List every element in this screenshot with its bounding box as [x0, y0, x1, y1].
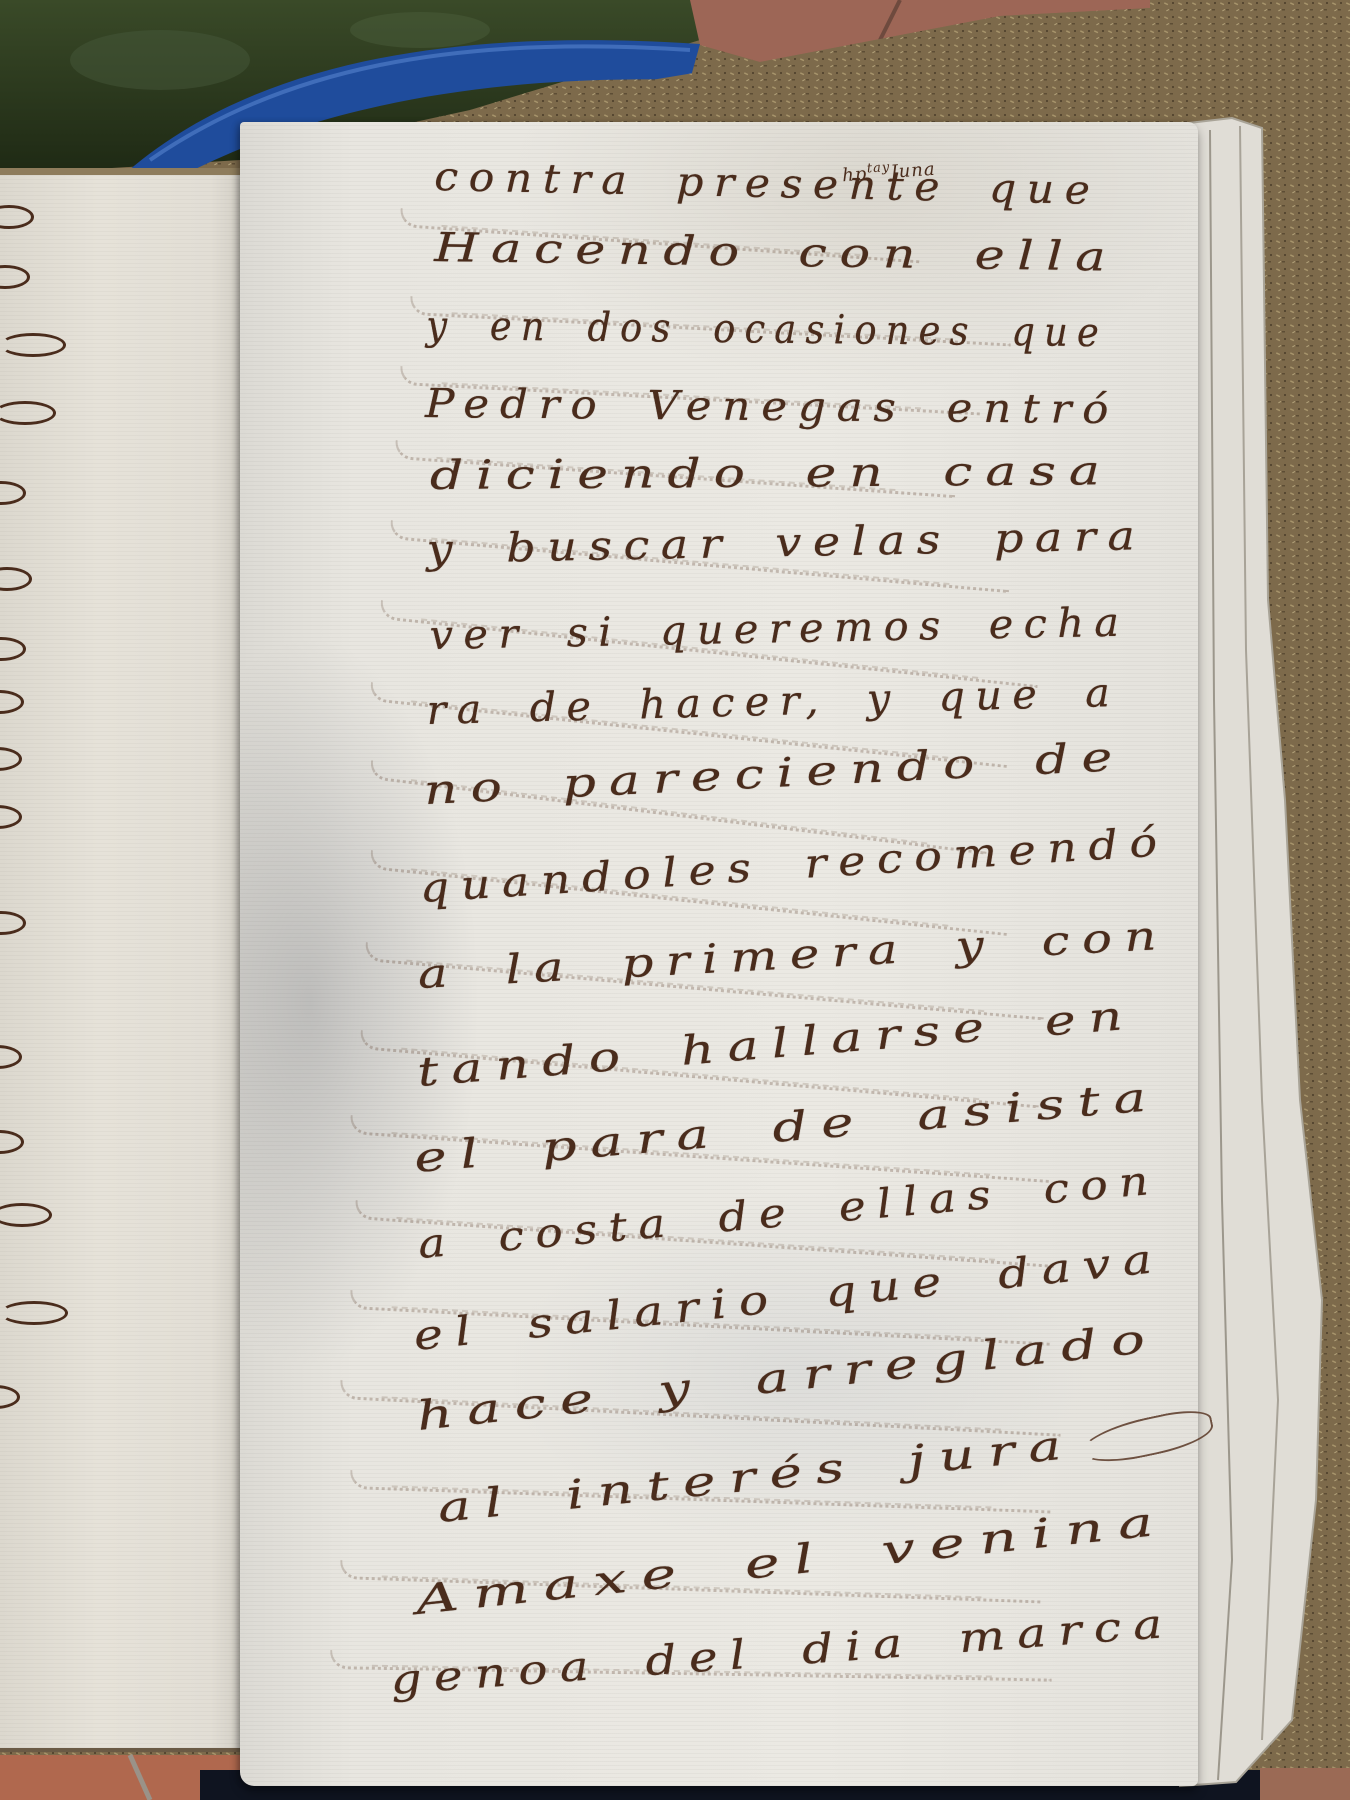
ink-fragment — [0, 205, 34, 229]
ink-fragment — [0, 637, 26, 661]
ink-fragment — [0, 805, 22, 829]
handwritten-line: y en dos ocasiones que — [426, 306, 1108, 353]
ink-fragment — [0, 333, 66, 357]
ink-fragment — [0, 1301, 68, 1325]
ink-fragment — [0, 401, 56, 425]
left-page — [0, 168, 248, 1752]
ink-fragment — [0, 265, 30, 289]
ink-fragment — [0, 1385, 20, 1409]
handwritten-line: Hacendo con ella — [434, 228, 1119, 278]
ink-fragment — [0, 1045, 22, 1069]
ink-fragment — [0, 911, 26, 935]
ink-fragment — [0, 690, 24, 714]
ink-fragment — [0, 1130, 24, 1154]
manuscript-photo: hptayJuna contra presente que Hacendo co… — [0, 0, 1350, 1800]
handwritten-line: Pedro Venegas entró — [425, 384, 1120, 430]
ink-fragment — [0, 1203, 52, 1227]
ink-fragment — [0, 567, 32, 591]
ink-fragment — [0, 481, 26, 505]
handwritten-line: diciendo en casa — [430, 451, 1113, 496]
ink-fragment — [0, 747, 22, 771]
